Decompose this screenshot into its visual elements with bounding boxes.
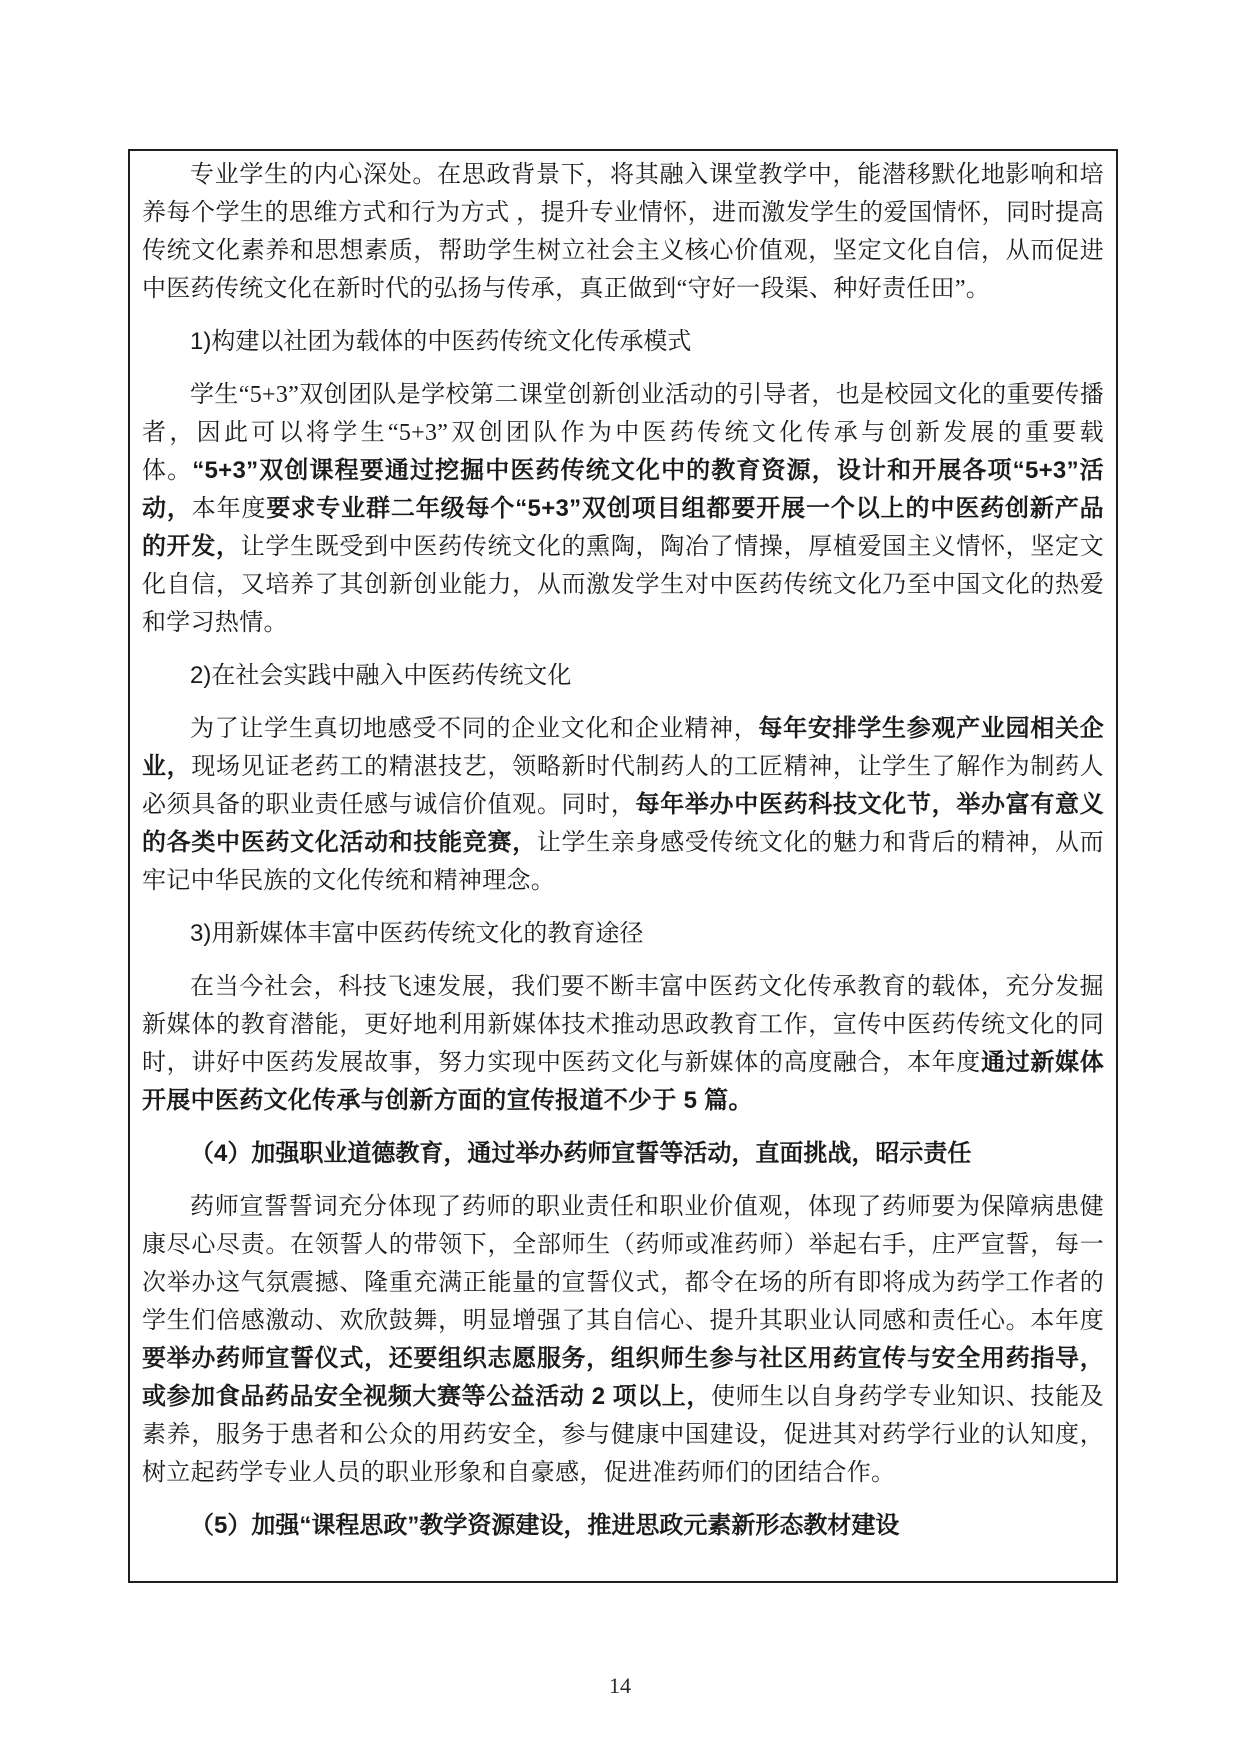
heading-text: （4）加强职业道德教育，通过举办药师宣誓等活动，直面挑战，昭示责任	[190, 1140, 971, 1167]
text-run: 本年度	[192, 496, 267, 522]
heading-text: 2)在社会实践中融入中医药传统文化	[190, 662, 571, 689]
heading-professional-ethics: （4）加强职业道德教育，通过举办药师宣誓等活动，直面挑战，昭示责任	[142, 1135, 1104, 1173]
page-number: 14	[0, 1673, 1240, 1699]
heading-new-media: 3)用新媒体丰富中医药传统文化的教育途径	[142, 915, 1104, 953]
text-run: 药师宣誓誓词充分体现了药师的职业责任和职业价值观，体现了药师要为保障病患健康尽心…	[142, 1194, 1104, 1334]
paragraph-innovation-teams: 学生“5+3”双创团队是学校第二课堂创新创业活动的引导者，也是校园文化的重要传播…	[142, 376, 1104, 642]
heading-text: （5）加强“课程思政”教学资源建设，推进思政元素新形态教材建设	[190, 1512, 899, 1539]
paragraph-pharmacist-oath: 药师宣誓誓词充分体现了药师的职业责任和职业价值观，体现了药师要为保障病患健康尽心…	[142, 1188, 1104, 1492]
text-run: 为了让学生真切地感受不同的企业文化和企业精神，	[190, 716, 758, 742]
document-table-cell: 专业学生的内心深处。在思政背景下，将其融入课堂教学中，能潜移默化地影响和培养每个…	[128, 149, 1118, 1583]
heading-text: 3)用新媒体丰富中医药传统文化的教育途径	[190, 920, 643, 947]
paragraph-enterprise-visits: 为了让学生真切地感受不同的企业文化和企业精神，每年安排学生参观产业园相关企业，现…	[142, 710, 1104, 900]
text-run: 专业学生的内心深处。在思政背景下，将其融入课堂教学中，能潜移默化地影响和培养每个…	[142, 162, 1104, 302]
heading-text: 1)构建以社团为载体的中医药传统文化传承模式	[190, 328, 691, 355]
text-run: 在当今社会，科技飞速发展，我们要不断丰富中医药文化传承教育的载体，充分发掘新媒体…	[142, 974, 1104, 1076]
text-run: 让学生既受到中医药传统文化的熏陶，陶冶了情操，厚植爱国主义情怀，坚定文化自信，又…	[142, 534, 1104, 636]
heading-social-practice: 2)在社会实践中融入中医药传统文化	[142, 657, 1104, 695]
heading-curriculum-ideology-resources: （5）加强“课程思政”教学资源建设，推进思政元素新形态教材建设	[142, 1507, 1104, 1545]
heading-club-carrier-model: 1)构建以社团为载体的中医药传统文化传承模式	[142, 323, 1104, 361]
paragraph-new-media-education: 在当今社会，科技飞速发展，我们要不断丰富中医药文化传承教育的载体，充分发掘新媒体…	[142, 968, 1104, 1120]
paragraph-continued-from-previous-page: 专业学生的内心深处。在思政背景下，将其融入课堂教学中，能潜移默化地影响和培养每个…	[142, 156, 1104, 308]
